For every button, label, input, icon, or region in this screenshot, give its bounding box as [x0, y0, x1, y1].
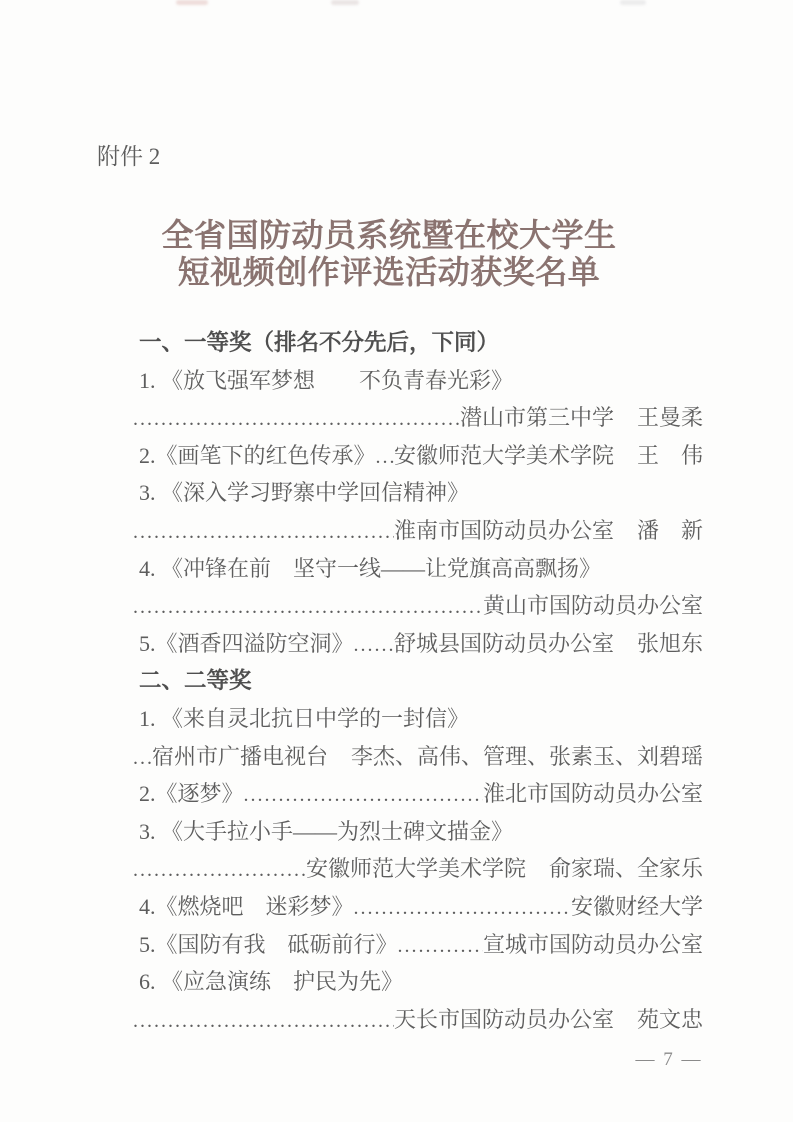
scan-artifact: [176, 0, 208, 5]
winner-names: 李杰、高伟、管理、张素玉、刘碧瑶: [351, 738, 703, 776]
section-heading: 一、一等奖（排名不分先后，下同）: [133, 324, 703, 362]
winner-organization: 舒城县国防动员办公室: [394, 625, 614, 663]
award-list-line: 1. 《放飞强军梦想 不负青春光彩》: [133, 362, 703, 400]
winner-organization: 宿州市广播电视台: [152, 738, 328, 776]
winner-organization: 淮南市国防动员办公室: [394, 512, 614, 550]
award-list-line: 3. 《大手拉小手——为烈士碑文描金》: [133, 813, 703, 851]
scanned-document-page: 附件 2 全省国防动员系统暨在校大学生 短视频创作评选活动获奖名单 一、一等奖（…: [0, 0, 793, 1122]
document-title: 全省国防动员系统暨在校大学生 短视频创作评选活动获奖名单: [0, 217, 793, 291]
dot-leader: ........................................…: [133, 589, 483, 625]
dot-leader: ........................................…: [354, 627, 394, 663]
winner-names: 俞家瑞、全家乐: [549, 850, 703, 888]
dot-leader: ........................................…: [244, 777, 483, 813]
dot-leader: ........................................…: [133, 740, 152, 776]
scan-artifact: [331, 0, 359, 5]
entry-title: 1. 《放飞强军梦想 不负青春光彩》: [133, 362, 513, 400]
award-list-line: 6. 《应急演练 护民为先》: [133, 963, 703, 1001]
dot-leader: ........................................…: [376, 439, 394, 475]
entry-title: 1. 《来自灵北抗日中学的一封信》: [133, 700, 469, 738]
document-title-line1: 全省国防动员系统暨在校大学生: [0, 217, 778, 254]
dot-leader: ........................................…: [398, 928, 483, 964]
entry-title: 5.《国防有我 砥砺前行》: [133, 926, 398, 964]
entry-title: 3. 《深入学习野寨中学回信精神》: [133, 474, 469, 512]
entry-title: 4.《燃烧吧 迷彩梦》: [133, 888, 354, 926]
winner-organization: 安徽师范大学美术学院: [306, 850, 526, 888]
section-heading: 二、二等奖: [133, 662, 703, 700]
award-list-line: ........................................…: [133, 512, 703, 550]
award-list-line: 5.《酒香四溢防空洞》 ............................…: [133, 625, 703, 663]
entry-title: 4. 《冲锋在前 坚守一线——让党旗高高飘扬》: [133, 550, 601, 588]
winner-organization: 潜山市第三中学: [460, 399, 614, 437]
winner-names: 苑文忠: [637, 1001, 703, 1039]
winner-organization: 淮北市国防动员办公室: [483, 775, 703, 813]
winner-organization: 天长市国防动员办公室: [394, 1001, 614, 1039]
dot-leader: ........................................…: [133, 852, 306, 888]
page-number: — 7 —: [633, 1046, 705, 1074]
dot-leader: ........................................…: [133, 514, 394, 550]
award-list-line: ........................................…: [133, 738, 703, 776]
entry-title: 2.《逐梦》: [133, 775, 244, 813]
award-list-line: 4. 《冲锋在前 坚守一线——让党旗高高飘扬》: [133, 550, 703, 588]
winner-names: 张旭东: [637, 625, 703, 663]
document-title-line2: 短视频创作评选活动获奖名单: [0, 254, 778, 291]
award-list-line: ........................................…: [133, 1001, 703, 1039]
dot-leader: ........................................…: [354, 890, 571, 926]
award-list-line: ........................................…: [133, 399, 703, 437]
award-list-line: ........................................…: [133, 850, 703, 888]
award-list-line: 2.《画笔下的红色传承》 ...........................…: [133, 437, 703, 475]
award-list-line: 1. 《来自灵北抗日中学的一封信》: [133, 700, 703, 738]
award-list-line: 2.《逐梦》 .................................…: [133, 775, 703, 813]
scan-artifact: [620, 0, 646, 5]
winner-organization: 安徽财经大学: [571, 888, 703, 926]
attachment-label: 附件 2: [97, 142, 160, 172]
winner-organization: 黄山市国防动员办公室: [483, 587, 703, 625]
dot-leader: ........................................…: [133, 1003, 394, 1039]
winner-names: 王 伟: [637, 437, 703, 475]
award-list-line: 4.《燃烧吧 迷彩梦》 ............................…: [133, 888, 703, 926]
winner-names: 潘 新: [637, 512, 703, 550]
award-list-line: 3. 《深入学习野寨中学回信精神》: [133, 474, 703, 512]
award-list-line: 5.《国防有我 砥砺前行》 ..........................…: [133, 926, 703, 964]
award-list: 一、一等奖（排名不分先后，下同） 1. 《放飞强军梦想 不负青春光彩》 ....…: [133, 324, 703, 1038]
entry-title: 2.《画笔下的红色传承》: [133, 437, 376, 475]
winner-names: 王曼柔: [637, 399, 703, 437]
entry-title: 6. 《应急演练 护民为先》: [133, 963, 403, 1001]
award-list-line: ........................................…: [133, 587, 703, 625]
dot-leader: ........................................…: [133, 401, 460, 437]
winner-organization: 宣城市国防动员办公室: [483, 926, 703, 964]
winner-organization: 安徽师范大学美术学院: [394, 437, 614, 475]
entry-title: 3. 《大手拉小手——为烈士碑文描金》: [133, 813, 513, 851]
entry-title: 5.《酒香四溢防空洞》: [133, 625, 354, 663]
